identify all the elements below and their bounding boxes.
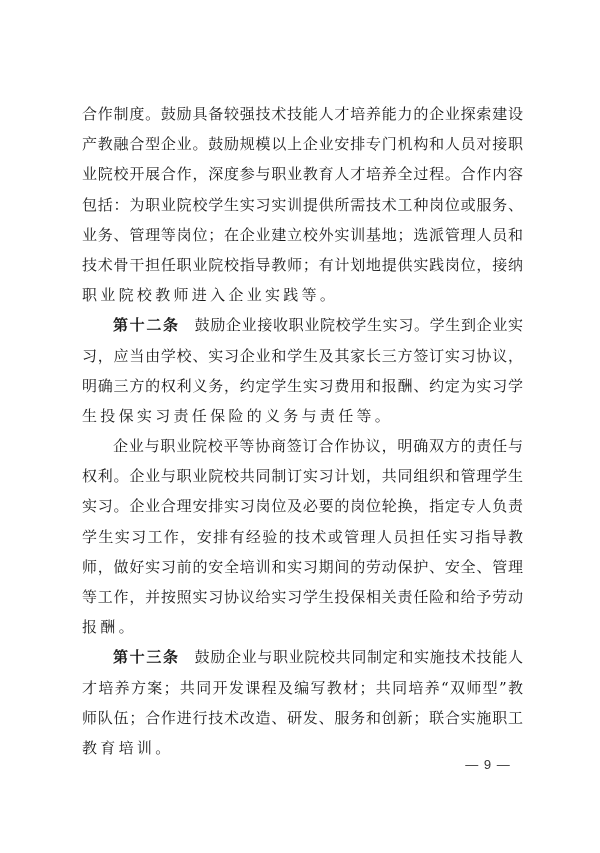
text-line: 才培养方案；共同开发课程及编写教材；共同培养“双师型”教 <box>82 673 523 703</box>
text-line: 等工作，并按照实习协议给实习学生投保相关责任险和给予劳动 <box>82 582 523 612</box>
text-line: 学生实习工作，安排有经验的技术或管理人员担任实习指导教 <box>82 522 523 552</box>
paragraph-continuation: 合作制度。鼓励具备较强技术技能人才培养能力的企业探索建设 产教融合型企业。鼓励规… <box>82 99 523 310</box>
text-line: 职业院校教师进入企业实践等。 <box>82 280 523 310</box>
document-body: 合作制度。鼓励具备较强技术技能人才培养能力的企业探索建设 产教融合型企业。鼓励规… <box>82 99 523 763</box>
paragraph-internship-agreement: 企业与职业院校平等协商签订合作协议，明确双方的责任与 权利。企业与职业院校共同制… <box>82 431 523 642</box>
text-line: 报酬。 <box>82 612 523 642</box>
article-label: 第十二条 <box>113 316 180 334</box>
text-line: 明确三方的权利义务，约定学生实习费用和报酬、约定为实习学 <box>82 371 523 401</box>
text-line: 权利。企业与职业院校共同制订实习计划，共同组织和管理学生 <box>82 461 523 491</box>
article-first-line: 第十二条鼓励企业接收职业院校学生实习。学生到企业实 <box>82 310 523 340</box>
text-line: 鼓励企业接收职业院校学生实习。学生到企业实 <box>195 316 523 334</box>
text-line: 师，做好实习前的安全培训和实习期间的劳动保护、安全、管理 <box>82 552 523 582</box>
text-line: 包括：为职业院校学生实习实训提供所需技术工种岗位或服务、 <box>82 190 523 220</box>
text-line: 业务、管理等岗位；在企业建立校外实训基地；选派管理人员和 <box>82 220 523 250</box>
article-first-line: 第十三条鼓励企业与职业院校共同制定和实施技术技能人 <box>82 642 523 672</box>
text-line: 企业与职业院校平等协商签订合作协议，明确双方的责任与 <box>82 431 523 461</box>
text-line: 产教融合型企业。鼓励规模以上企业安排专门机构和人员对接职 <box>82 129 523 159</box>
text-line: 生投保实习责任保险的义务与责任等。 <box>82 401 523 431</box>
page-number: — 9 — <box>458 757 518 772</box>
text-line: 实习。企业合理安排实习岗位及必要的岗位轮换，指定专人负责 <box>82 491 523 521</box>
article-12: 第十二条鼓励企业接收职业院校学生实习。学生到企业实 习，应当由学校、实习企业和学… <box>82 310 523 431</box>
text-line: 业院校开展合作，深度参与职业教育人才培养全过程。合作内容 <box>82 159 523 189</box>
text-line: 师队伍；合作进行技术改造、研发、服务和创新；联合实施职工 <box>82 703 523 733</box>
article-13: 第十三条鼓励企业与职业院校共同制定和实施技术技能人 才培养方案；共同开发课程及编… <box>82 642 523 763</box>
text-line: 教育培训。 <box>82 733 523 763</box>
text-line: 合作制度。鼓励具备较强技术技能人才培养能力的企业探索建设 <box>82 99 523 129</box>
document-page: 合作制度。鼓励具备较强技术技能人才培养能力的企业探索建设 产教融合型企业。鼓励规… <box>0 0 600 853</box>
article-label: 第十三条 <box>113 648 180 666</box>
text-line: 习，应当由学校、实习企业和学生及其家长三方签订实习协议， <box>82 341 523 371</box>
text-line: 鼓励企业与职业院校共同制定和实施技术技能人 <box>195 648 523 666</box>
text-line: 技术骨干担任职业院校指导教师；有计划地提供实践岗位，接纳 <box>82 250 523 280</box>
